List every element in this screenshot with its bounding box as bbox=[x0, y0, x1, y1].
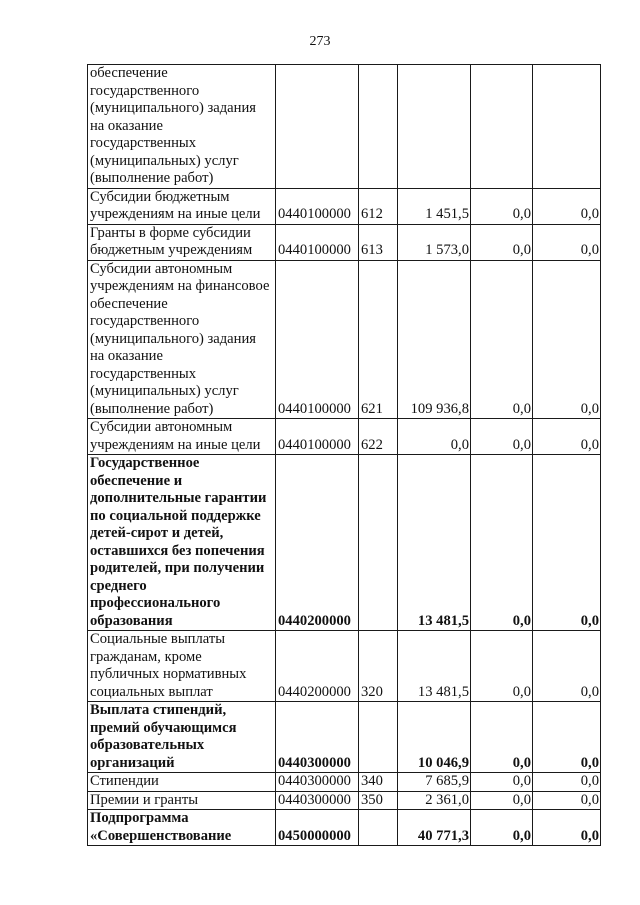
expense-name-line: Субсидии бюджетным bbox=[90, 189, 274, 207]
expense-name-cell: Субсидии автономнымучреждениям на иные ц… bbox=[88, 419, 276, 455]
expense-name-cell: Государственноеобеспечение идополнительн… bbox=[88, 455, 276, 631]
expense-name-line: Субсидии автономным bbox=[90, 261, 274, 279]
expense-name-line: государственных bbox=[90, 135, 274, 153]
amount-year1-cell: 7 685,9 bbox=[398, 773, 471, 792]
expense-name-line: профессионального bbox=[90, 595, 274, 613]
expense-name-line: Стипендии bbox=[90, 773, 274, 791]
amount-year3-cell: 0,0 bbox=[533, 419, 601, 455]
expense-name-line: обеспечение bbox=[90, 65, 274, 83]
target-article-code-cell: 0440300000 bbox=[276, 702, 359, 773]
expense-name-cell: Стипендии bbox=[88, 773, 276, 792]
expense-type-code-cell bbox=[359, 455, 398, 631]
expense-type-code-cell: 622 bbox=[359, 419, 398, 455]
expense-name-line: оставшихся без попечения bbox=[90, 543, 274, 561]
expense-name-line: обеспечение bbox=[90, 296, 274, 314]
expense-name-line: Подпрограмма bbox=[90, 810, 274, 828]
amount-year1-cell bbox=[398, 65, 471, 189]
expense-name-line: детей-сирот и детей, bbox=[90, 525, 274, 543]
amount-year3-cell: 0,0 bbox=[533, 224, 601, 260]
budget-table: обеспечениегосударственного(муниципально… bbox=[87, 64, 601, 846]
expense-type-code-cell: 621 bbox=[359, 260, 398, 419]
table-row: Подпрограмма«Совершенствование 045000000… bbox=[88, 810, 601, 846]
expense-type-code-cell: 340 bbox=[359, 773, 398, 792]
table-row: Премии и гранты 0440300000 350 2 361,0 0… bbox=[88, 791, 601, 810]
amount-year2-cell: 0,0 bbox=[471, 419, 533, 455]
expense-type-code-cell: 612 bbox=[359, 188, 398, 224]
amount-year2-cell bbox=[471, 65, 533, 189]
table-row: Выплата стипендий,премий обучающимсяобра… bbox=[88, 702, 601, 773]
table-row: Государственноеобеспечение идополнительн… bbox=[88, 455, 601, 631]
amount-year3-cell: 0,0 bbox=[533, 455, 601, 631]
amount-year1-cell: 0,0 bbox=[398, 419, 471, 455]
expense-name-line: (выполнение работ) bbox=[90, 401, 274, 419]
table-row: Субсидии бюджетнымучреждениям на иные це… bbox=[88, 188, 601, 224]
table-row: Субсидии автономнымучреждениям на иные ц… bbox=[88, 419, 601, 455]
expense-name-line: государственного bbox=[90, 83, 274, 101]
expense-type-code-cell: 350 bbox=[359, 791, 398, 810]
expense-name-cell: Субсидии бюджетнымучреждениям на иные це… bbox=[88, 188, 276, 224]
expense-name-line: премий обучающимся bbox=[90, 720, 274, 738]
expense-name-line: Государственное bbox=[90, 455, 274, 473]
amount-year1-cell: 109 936,8 bbox=[398, 260, 471, 419]
expense-name-line: (муниципальных) услуг bbox=[90, 383, 274, 401]
amount-year3-cell: 0,0 bbox=[533, 773, 601, 792]
table-row: обеспечениегосударственного(муниципально… bbox=[88, 65, 601, 189]
page-number: 273 bbox=[0, 34, 640, 50]
expense-name-cell: обеспечениегосударственного(муниципально… bbox=[88, 65, 276, 189]
expense-name-line: государственного bbox=[90, 313, 274, 331]
target-article-code-cell bbox=[276, 65, 359, 189]
amount-year2-cell: 0,0 bbox=[471, 260, 533, 419]
target-article-code-cell: 0440200000 bbox=[276, 631, 359, 702]
target-article-code-cell: 0440200000 bbox=[276, 455, 359, 631]
expense-name-cell: Социальные выплатыгражданам, кромепублич… bbox=[88, 631, 276, 702]
expense-name-line: Выплата стипендий, bbox=[90, 702, 274, 720]
table-row: Стипендии 0440300000 340 7 685,9 0,0 0,0 bbox=[88, 773, 601, 792]
expense-name-line: образовательных bbox=[90, 737, 274, 755]
amount-year2-cell: 0,0 bbox=[471, 702, 533, 773]
expense-name-line: Субсидии автономным bbox=[90, 419, 274, 437]
expense-name-line: (муниципального) задания bbox=[90, 331, 274, 349]
expense-name-line: организаций bbox=[90, 755, 274, 773]
expense-name-line: учреждениям на иные цели bbox=[90, 206, 274, 224]
amount-year3-cell: 0,0 bbox=[533, 631, 601, 702]
expense-name-line: на оказание bbox=[90, 118, 274, 136]
expense-name-line: Социальные выплаты bbox=[90, 631, 274, 649]
amount-year1-cell: 1 573,0 bbox=[398, 224, 471, 260]
expense-name-line: дополнительные гарантии bbox=[90, 490, 274, 508]
expense-name-line: учреждениям на иные цели bbox=[90, 437, 274, 455]
expense-name-line: образования bbox=[90, 613, 274, 631]
expense-name-line: родителей, при получении bbox=[90, 560, 274, 578]
amount-year3-cell: 0,0 bbox=[533, 810, 601, 846]
table-row: Социальные выплатыгражданам, кромепублич… bbox=[88, 631, 601, 702]
amount-year3-cell: 0,0 bbox=[533, 260, 601, 419]
amount-year1-cell: 40 771,3 bbox=[398, 810, 471, 846]
expense-name-cell: Субсидии автономнымучреждениям на финанс… bbox=[88, 260, 276, 419]
amount-year2-cell: 0,0 bbox=[471, 455, 533, 631]
amount-year3-cell: 0,0 bbox=[533, 791, 601, 810]
expense-name-line: учреждениям на финансовое bbox=[90, 278, 274, 296]
target-article-code-cell: 0440100000 bbox=[276, 260, 359, 419]
expense-name-cell: Подпрограмма«Совершенствование bbox=[88, 810, 276, 846]
target-article-code-cell: 0450000000 bbox=[276, 810, 359, 846]
expense-name-line: (муниципальных) услуг bbox=[90, 153, 274, 171]
expense-name-cell: Выплата стипендий,премий обучающимсяобра… bbox=[88, 702, 276, 773]
target-article-code-cell: 0440100000 bbox=[276, 224, 359, 260]
expense-type-code-cell: 320 bbox=[359, 631, 398, 702]
amount-year2-cell: 0,0 bbox=[471, 791, 533, 810]
expense-name-cell: Гранты в форме субсидиибюджетным учрежде… bbox=[88, 224, 276, 260]
expense-name-line: гражданам, кроме bbox=[90, 649, 274, 667]
budget-table-body: обеспечениегосударственного(муниципально… bbox=[88, 65, 601, 846]
expense-name-line: государственных bbox=[90, 366, 274, 384]
amount-year1-cell: 1 451,5 bbox=[398, 188, 471, 224]
expense-name-line: Гранты в форме субсидии bbox=[90, 225, 274, 243]
amount-year1-cell: 13 481,5 bbox=[398, 455, 471, 631]
amount-year2-cell: 0,0 bbox=[471, 188, 533, 224]
amount-year2-cell: 0,0 bbox=[471, 224, 533, 260]
expense-type-code-cell bbox=[359, 65, 398, 189]
amount-year3-cell bbox=[533, 65, 601, 189]
expense-name-line: по социальной поддержке bbox=[90, 508, 274, 526]
expense-name-line: обеспечение и bbox=[90, 473, 274, 491]
expense-name-line: среднего bbox=[90, 578, 274, 596]
amount-year3-cell: 0,0 bbox=[533, 702, 601, 773]
target-article-code-cell: 0440300000 bbox=[276, 791, 359, 810]
table-row: Гранты в форме субсидиибюджетным учрежде… bbox=[88, 224, 601, 260]
amount-year1-cell: 13 481,5 bbox=[398, 631, 471, 702]
amount-year2-cell: 0,0 bbox=[471, 773, 533, 792]
expense-type-code-cell: 613 bbox=[359, 224, 398, 260]
expense-type-code-cell bbox=[359, 702, 398, 773]
expense-name-line: (выполнение работ) bbox=[90, 170, 274, 188]
amount-year1-cell: 10 046,9 bbox=[398, 702, 471, 773]
target-article-code-cell: 0440100000 bbox=[276, 188, 359, 224]
target-article-code-cell: 0440300000 bbox=[276, 773, 359, 792]
target-article-code-cell: 0440100000 bbox=[276, 419, 359, 455]
expense-type-code-cell bbox=[359, 810, 398, 846]
expense-name-line: «Совершенствование bbox=[90, 828, 274, 846]
expense-name-line: Премии и гранты bbox=[90, 792, 274, 810]
amount-year2-cell: 0,0 bbox=[471, 631, 533, 702]
table-row: Субсидии автономнымучреждениям на финанс… bbox=[88, 260, 601, 419]
expense-name-line: (муниципального) задания bbox=[90, 100, 274, 118]
amount-year3-cell: 0,0 bbox=[533, 188, 601, 224]
amount-year2-cell: 0,0 bbox=[471, 810, 533, 846]
expense-name-cell: Премии и гранты bbox=[88, 791, 276, 810]
expense-name-line: публичных нормативных bbox=[90, 666, 274, 684]
expense-name-line: на оказание bbox=[90, 348, 274, 366]
expense-name-line: бюджетным учреждениям bbox=[90, 242, 274, 260]
amount-year1-cell: 2 361,0 bbox=[398, 791, 471, 810]
expense-name-line: социальных выплат bbox=[90, 684, 274, 702]
